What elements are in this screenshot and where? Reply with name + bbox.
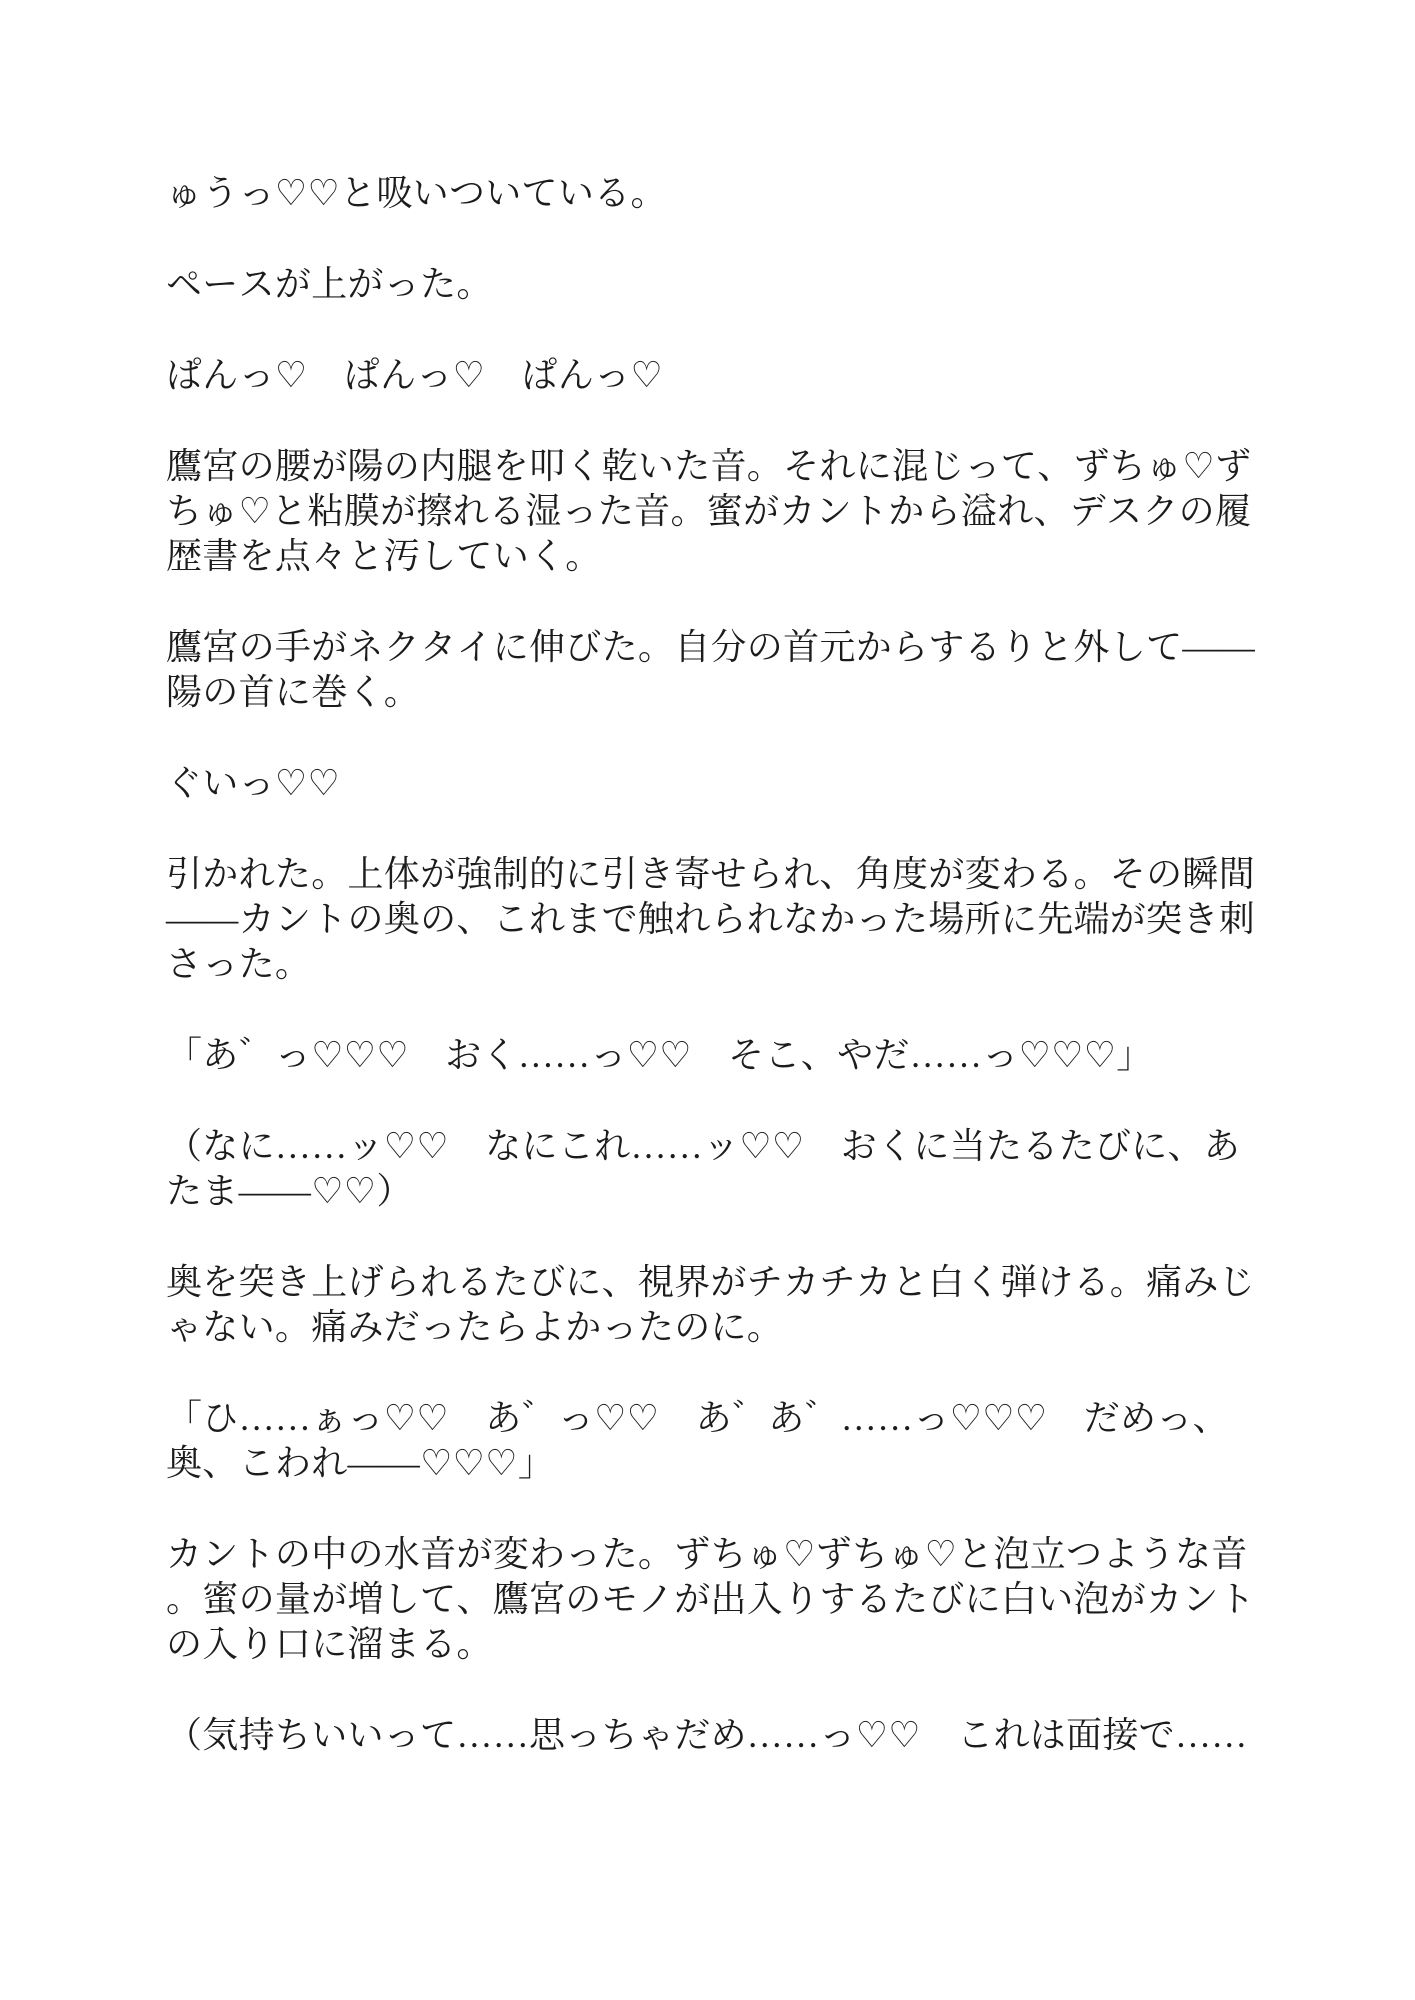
text-line: 奥を突き上げられるたびに、視界がチカチカと白く弾ける。痛みじ [166,1260,1256,1305]
text-line: 鷹宮の腰が陽の内腿を叩く乾いた音。それに混じって、ずちゅ♡ず [166,444,1256,489]
paragraph: （なに……ッ♡♡ なにこれ……ッ♡♡ おくに当たるたびに、あたま――♡♡） [166,1124,1256,1214]
text-line: カントの中の水音が変わった。ずちゅ♡ずちゅ♡と泡立つような音 [166,1532,1256,1577]
document-page: ゅうっ♡♡と吸いついている。ペースが上がった。ぱんっ♡ ぱんっ♡ ぱんっ♡鷹宮の… [0,0,1415,2000]
text-line: ぱんっ♡ ぱんっ♡ ぱんっ♡ [166,353,1256,398]
paragraph: カントの中の水音が変わった。ずちゅ♡ずちゅ♡と泡立つような音。蜜の量が増して、鷹… [166,1532,1256,1667]
text-line: （なに……ッ♡♡ なにこれ……ッ♡♡ おくに当たるたびに、あ [166,1124,1256,1169]
paragraph: 「ひ……ぁっ♡♡ あ゛っ♡♡ あ゛あ゛……っ♡♡♡ だめっ、奥、こわれ――♡♡♡… [166,1396,1256,1486]
text-line: 歴書を点々と汚していく。 [166,534,1256,579]
text-line: の入り口に溜まる。 [166,1622,1256,1667]
paragraph: （気持ちいいって……思っちゃだめ……っ♡♡ これは面接で…… [166,1713,1256,1758]
text-line: さった。 [166,942,1256,987]
text-line: 。蜜の量が増して、鷹宮のモノが出入りするたびに白い泡がカント [166,1577,1256,1622]
text-line: 「ひ……ぁっ♡♡ あ゛っ♡♡ あ゛あ゛……っ♡♡♡ だめっ、 [166,1396,1256,1441]
text-line: 鷹宮の手がネクタイに伸びた。自分の首元からするりと外して―― [166,625,1256,670]
paragraph: 鷹宮の腰が陽の内腿を叩く乾いた音。それに混じって、ずちゅ♡ずちゅ♡と粘膜が擦れる… [166,444,1256,579]
paragraph: 「あ゛っ♡♡♡ おく……っ♡♡ そこ、やだ……っ♡♡♡」 [166,1033,1256,1078]
text-line: ゅうっ♡♡と吸いついている。 [166,171,1256,216]
text-line: たま――♡♡） [166,1169,1256,1214]
text-line: （気持ちいいって……思っちゃだめ……っ♡♡ これは面接で…… [166,1713,1256,1758]
story-text-block: ゅうっ♡♡と吸いついている。ペースが上がった。ぱんっ♡ ぱんっ♡ ぱんっ♡鷹宮の… [166,171,1256,1758]
paragraph: 引かれた。上体が強制的に引き寄せられ、角度が変わる。その瞬間――カントの奥の、こ… [166,852,1256,987]
paragraph: ペースが上がった。 [166,262,1256,307]
text-line: ちゅ♡と粘膜が擦れる湿った音。蜜がカントから溢れ、デスクの履 [166,489,1256,534]
text-line: 奥、こわれ――♡♡♡」 [166,1441,1256,1486]
paragraph: 鷹宮の手がネクタイに伸びた。自分の首元からするりと外して――陽の首に巻く。 [166,625,1256,715]
paragraph: ぱんっ♡ ぱんっ♡ ぱんっ♡ [166,353,1256,398]
paragraph: ぐいっ♡♡ [166,761,1256,806]
text-line: ――カントの奥の、これまで触れられなかった場所に先端が突き刺 [166,897,1256,942]
text-line: 「あ゛っ♡♡♡ おく……っ♡♡ そこ、やだ……っ♡♡♡」 [166,1033,1256,1078]
text-line: ペースが上がった。 [166,262,1256,307]
text-line: 陽の首に巻く。 [166,670,1256,715]
text-line: 引かれた。上体が強制的に引き寄せられ、角度が変わる。その瞬間 [166,852,1256,897]
text-line: ゃない。痛みだったらよかったのに。 [166,1305,1256,1350]
paragraph: 奥を突き上げられるたびに、視界がチカチカと白く弾ける。痛みじゃない。痛みだったら… [166,1260,1256,1350]
paragraph: ゅうっ♡♡と吸いついている。 [166,171,1256,216]
text-line: ぐいっ♡♡ [166,761,1256,806]
